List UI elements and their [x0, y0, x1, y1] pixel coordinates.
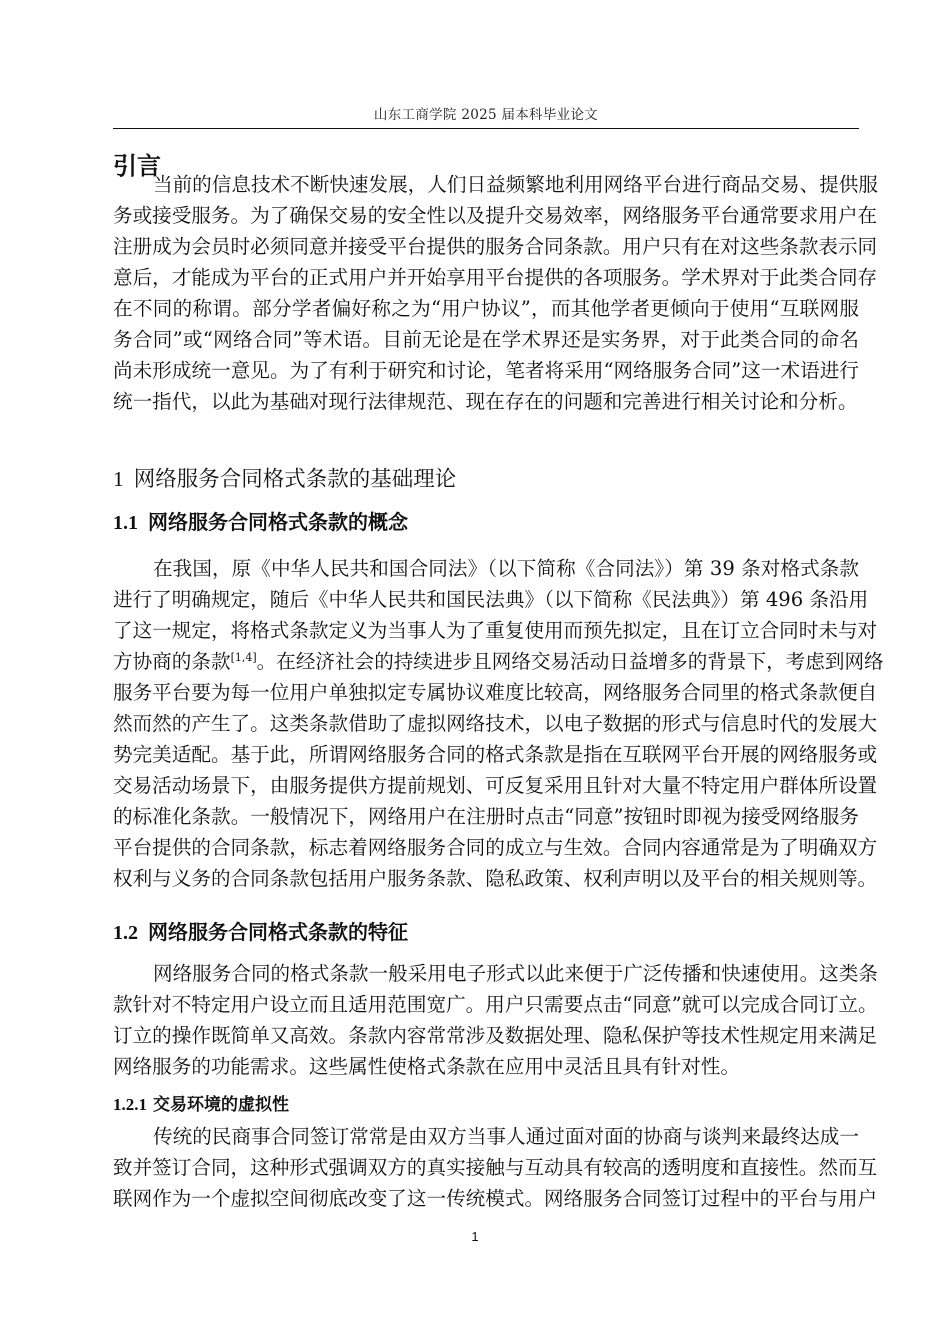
section-heading: 1.1网络服务合同格式条款的概念 — [113, 509, 408, 536]
intro-paragraph-line: 意后，才能成为平台的正式用户并开始享用平台提供的各项服务。学术界对于此类合同存 — [113, 266, 859, 290]
subsection-heading: 1.2.1交易环境的虚拟性 — [113, 1094, 289, 1116]
intro-paragraph-line: 注册成为会员时必须同意并接受平台提供的服务合同条款。用户只有在对这些条款表示同 — [113, 235, 859, 259]
paragraph-line: 服务平台要为每一位用户单独拟定专属协议难度比较高，网络服务合同里的格式条款便自 — [113, 681, 859, 705]
paragraph-line: 联网作为一个虚拟空间彻底改变了这一传统模式。网络服务合同签订过程中的平台与用户 — [113, 1187, 859, 1211]
intro-paragraph-line: 在不同的称谓。部分学者偏好称之为“用户协议”，而其他学者更倾向于使用“互联网服 — [113, 297, 859, 321]
paragraph-line: 传统的民商事合同签订常常是由双方当事人通过面对面的协商与谈判来最终达成一 — [153, 1125, 859, 1149]
paragraph-line: 然而然的产生了。这类条款借助了虚拟网络技术，以电子数据的形式与信息时代的发展大 — [113, 712, 859, 736]
running-header: 山东工商学院 2025 届本科毕业论文 — [113, 106, 859, 124]
citation-reference[interactable]: [1,4] — [231, 651, 257, 664]
section-number: 1.1 — [113, 512, 138, 534]
paragraph-line: 平台提供的合同条款，标志着网络服务合同的成立与生效。合同内容通常是为了明确双方 — [113, 836, 859, 860]
header-rule — [113, 128, 859, 129]
paragraph-line: 致并签订合同，这种形式强调双方的真实接触与互动具有较高的透明度和直接性。然而互 — [113, 1156, 859, 1180]
intro-paragraph-line: 务合同”或“网络合同”等术语。目前无论是在学术界还是实务界，对于此类合同的命名 — [113, 328, 859, 352]
intro-paragraph-line: 务或接受服务。为了确保交易的安全性以及提升交易效率，网络服务平台通常要求用户在 — [113, 204, 859, 228]
subsection-title: 交易环境的虚拟性 — [153, 1095, 289, 1115]
section-title: 网络服务合同格式条款的特征 — [148, 920, 408, 944]
page-number: 1 — [0, 1228, 950, 1246]
intro-paragraph-line: 统一指代，以此为基础对现行法律规范、现在存在的问题和完善进行相关讨论和分析。 — [113, 390, 859, 414]
paragraph-line: 权利与义务的合同条款包括用户服务条款、隐私政策、权利声明以及平台的相关规则等。 — [113, 867, 859, 891]
section-title: 网络服务合同格式条款的概念 — [148, 510, 408, 534]
paragraph-line: 进行了明确规定，随后《中华人民共和国民法典》（以下简称《民法典》）第 496 条… — [113, 588, 859, 612]
paragraph-line: 款针对不特定用户设立而且适用范围宽广。用户只需要点击“同意”就可以完成合同订立。 — [113, 993, 859, 1017]
paragraph-line: 的标准化条款。一般情况下，网络用户在注册时点击“同意”按钮时即视为接受网络服务 — [113, 805, 859, 829]
paragraph-text: 。在经济社会的持续进步且网络交易活动日益增多的背景下，考虑到网络 — [257, 650, 884, 673]
paragraph-line: 订立的操作既简单又高效。条款内容常常涉及数据处理、隐私保护等技术性规定用来满足 — [113, 1024, 859, 1048]
subsection-number: 1.2.1 — [113, 1095, 147, 1114]
section-number: 1.2 — [113, 922, 138, 944]
paragraph-line: 方协商的条款[1,4]。在经济社会的持续进步且网络交易活动日益增多的背景下，考虑… — [113, 650, 859, 674]
paragraph-line: 网络服务合同的格式条款一般采用电子形式以此来便于广泛传播和快速使用。这类条 — [153, 962, 859, 986]
paragraph-line: 势完美适配。基于此，所谓网络服务合同的格式条款是指在互联网平台开展的网络服务或 — [113, 743, 859, 767]
paragraph-line: 交易活动场景下，由服务提供方提前规划、可反复采用且针对大量不特定用户群体所设置 — [113, 774, 859, 798]
chapter-heading: 1网络服务合同格式条款的基础理论 — [113, 465, 456, 494]
paragraph-line: 了这一规定，将格式条款定义为当事人为了重复使用而预先拟定，且在订立合同时未与对 — [113, 619, 859, 643]
paragraph-line: 在我国，原《中华人民共和国合同法》（以下简称《合同法》）第 39 条对格式条款 — [153, 557, 859, 581]
document-page: 山东工商学院 2025 届本科毕业论文 引言 当前的信息技术不断快速发展，人们日… — [0, 0, 950, 1344]
paragraph-line: 网络服务的功能需求。这些属性使格式条款在应用中灵活且具有针对性。 — [113, 1055, 859, 1079]
chapter-title: 网络服务合同格式条款的基础理论 — [134, 467, 457, 492]
intro-paragraph-line: 尚未形成统一意见。为了有利于研究和讨论，笔者将采用“网络服务合同”这一术语进行 — [113, 359, 859, 383]
section-heading: 1.2网络服务合同格式条款的特征 — [113, 919, 408, 946]
intro-paragraph-line: 当前的信息技术不断快速发展，人们日益频繁地利用网络平台进行商品交易、提供服 — [153, 173, 859, 197]
chapter-number: 1 — [113, 467, 124, 491]
paragraph-text: 方协商的条款 — [113, 650, 231, 673]
